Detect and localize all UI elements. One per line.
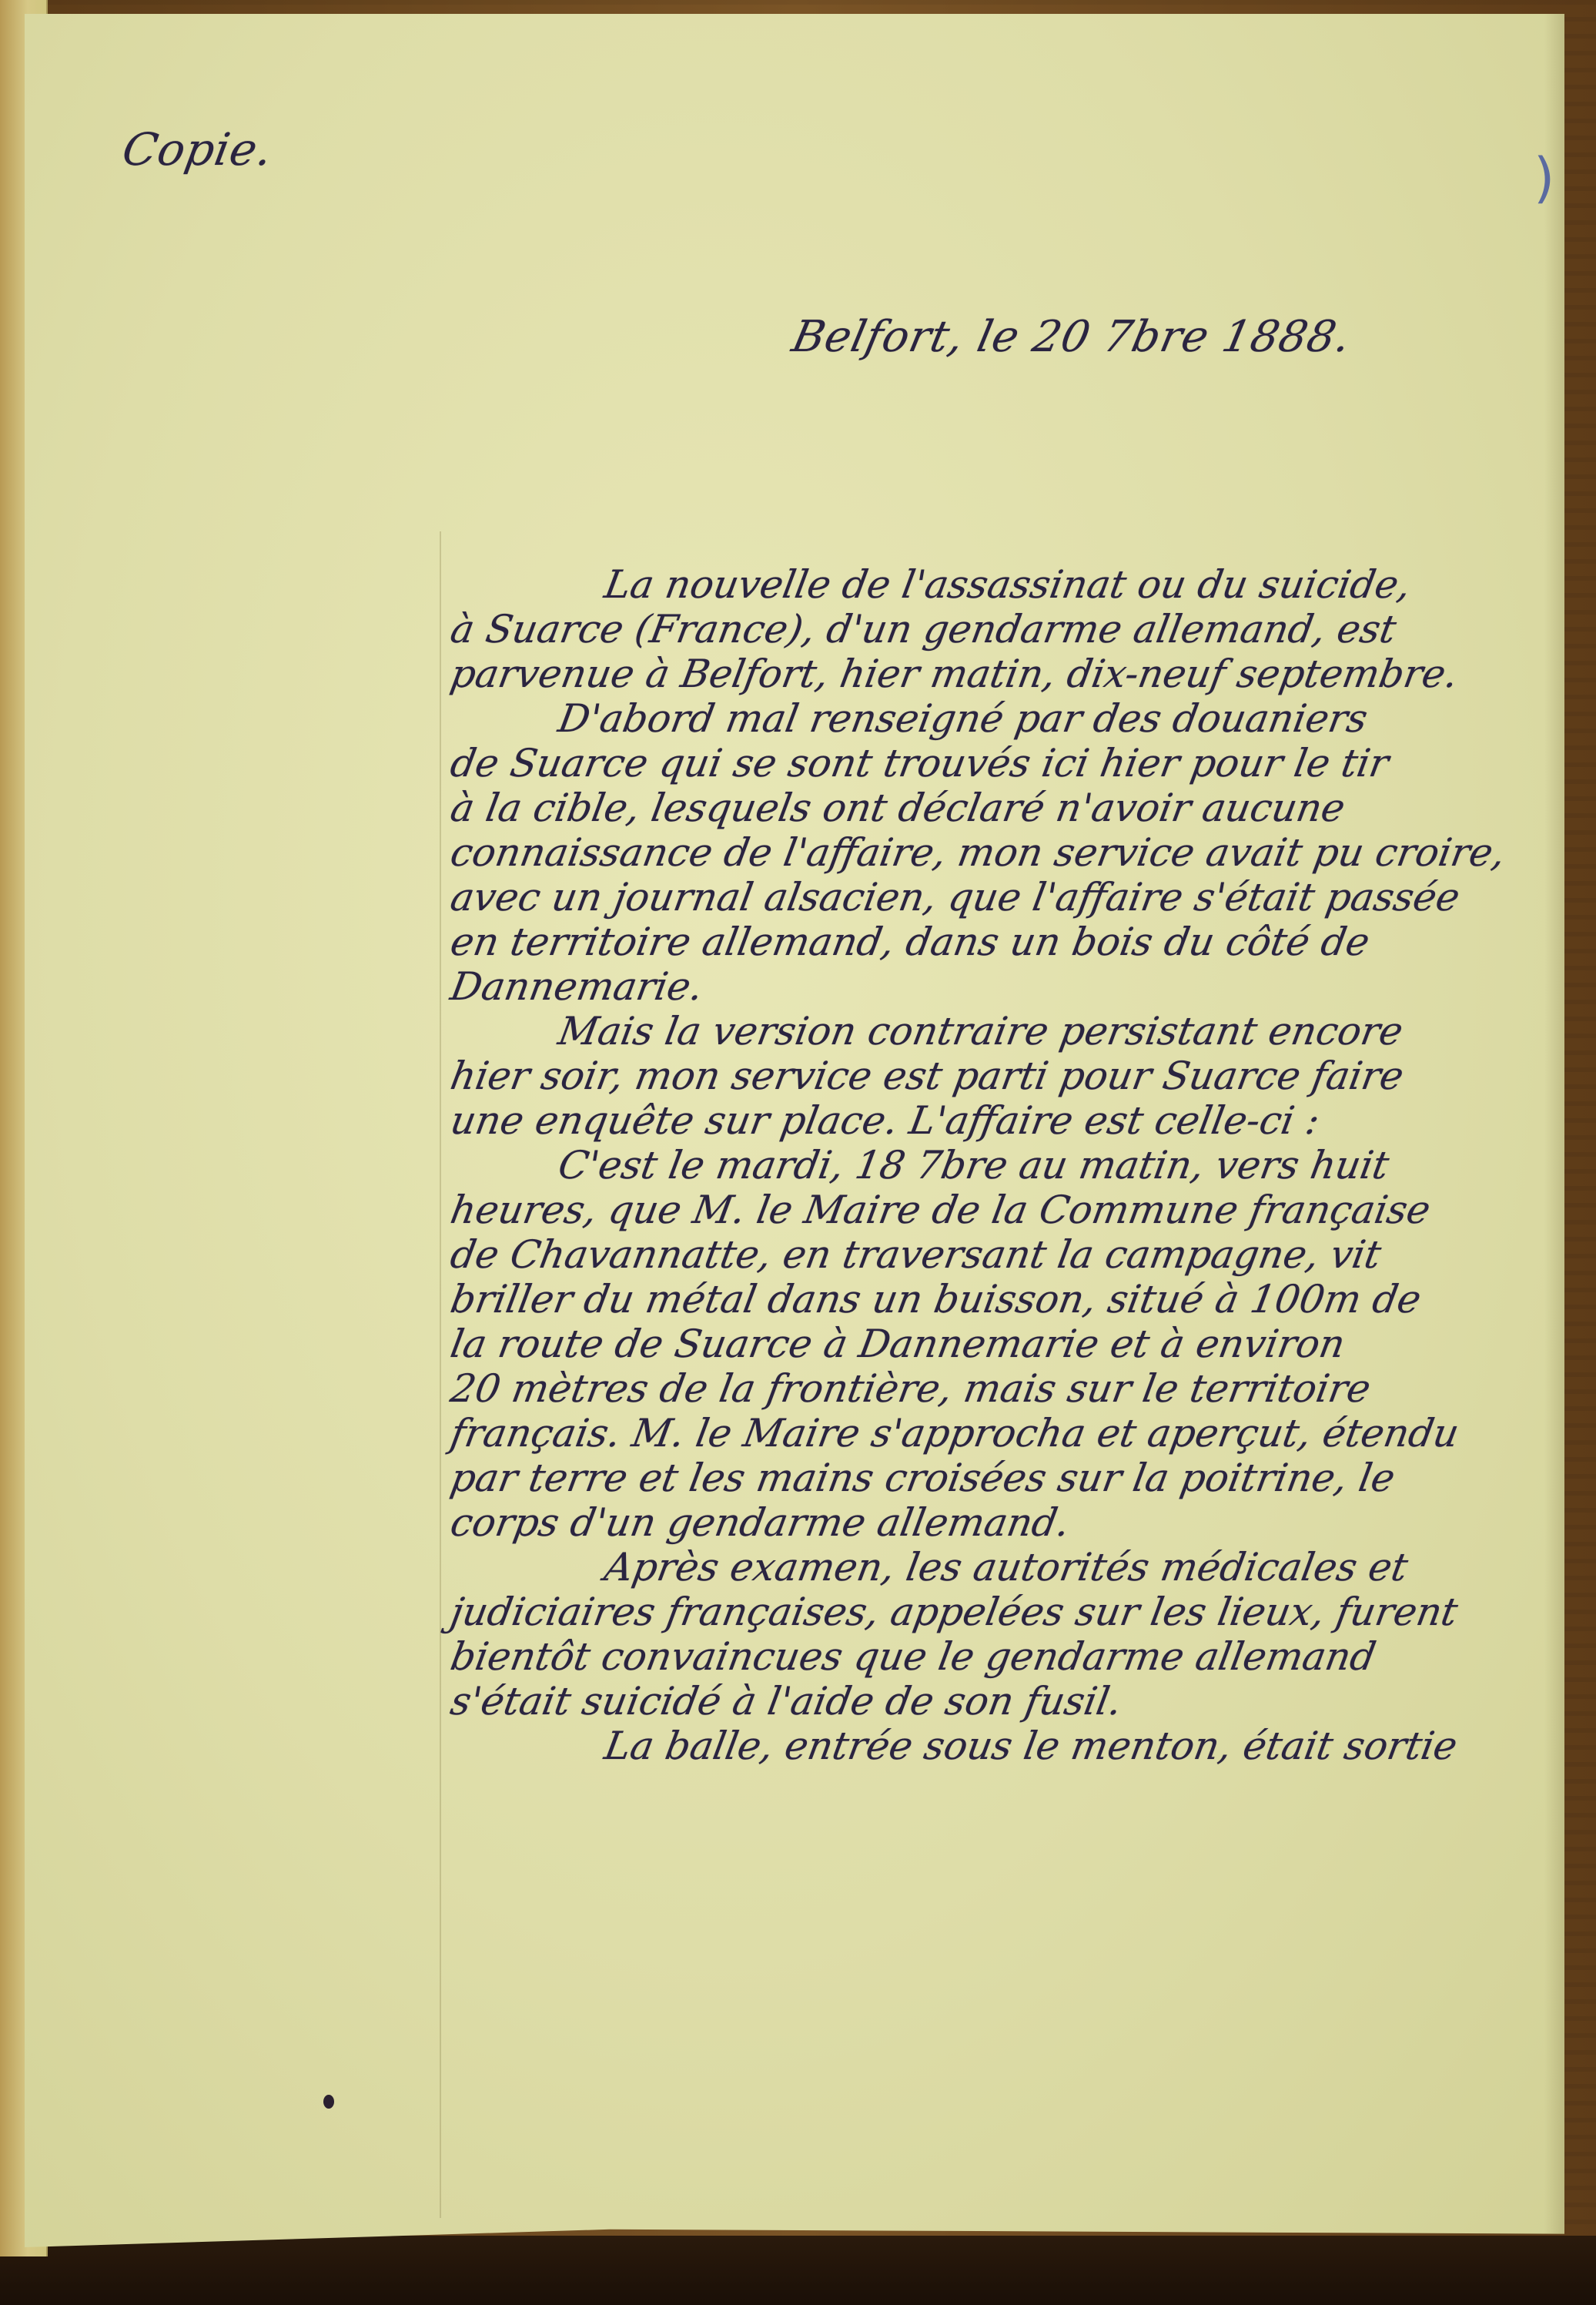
letter-body: La nouvelle de l'assassinat ou du suicid… xyxy=(451,531,1544,1768)
text-line: par terre et les mains croisées sur la p… xyxy=(447,1456,1548,1500)
text-line: Après examen, les autorités médicales et xyxy=(447,1545,1548,1590)
text-line: judiciaires françaises, appelées sur les… xyxy=(447,1590,1548,1634)
text-line: à Suarce (France), d'un gendarme alleman… xyxy=(447,607,1548,652)
text-line: C'est le mardi, 18 7bre au matin, vers h… xyxy=(447,1143,1548,1188)
text-line: en territoire allemand, dans un bois du … xyxy=(447,920,1548,964)
text-line: français. M. le Maire s'approcha et aper… xyxy=(447,1411,1548,1456)
bottom-shadow xyxy=(0,2236,1596,2305)
text-line: s'était suicidé à l'aide de son fusil. xyxy=(447,1679,1548,1724)
text-line: de Suarce qui se sont trouvés ici hier p… xyxy=(447,741,1548,786)
text-line: briller du métal dans un buisson, situé … xyxy=(447,1277,1548,1322)
text-line: La balle, entrée sous le menton, était s… xyxy=(447,1724,1548,1768)
copy-heading: Copie. xyxy=(119,123,277,176)
text-line: une enquête sur place. L'affaire est cel… xyxy=(447,1098,1548,1143)
text-line: la route de Suarce à Dannemarie et à env… xyxy=(447,1322,1548,1366)
ink-spot xyxy=(323,2095,334,2109)
text-line: bientôt convaincues que le gendarme alle… xyxy=(447,1634,1548,1679)
text-line: 20 mètres de la frontière, mais sur le t… xyxy=(447,1366,1548,1411)
text-line: Dannemarie. xyxy=(447,964,1548,1009)
text-line: corps d'un gendarme allemand. xyxy=(447,1500,1548,1545)
place-date-line: Belfort, le 20 7bre 1888. xyxy=(788,312,1356,362)
page-edge-shading xyxy=(1544,14,1564,2247)
text-line: à la cible, lesquels ont déclaré n'avoir… xyxy=(447,786,1548,830)
text-line: heures, que M. le Maire de la Commune fr… xyxy=(447,1188,1548,1232)
text-line: avec un journal alsacien, que l'affaire … xyxy=(447,875,1548,920)
text-line: de Chavannatte, en traversant la campagn… xyxy=(447,1232,1548,1277)
text-line: connaissance de l'affaire, mon service a… xyxy=(447,830,1548,875)
text-line: La nouvelle de l'assassinat ou du suicid… xyxy=(447,562,1548,607)
margin-mark: ) xyxy=(1534,146,1554,209)
text-line: D'abord mal renseigné par des douaniers xyxy=(447,696,1548,741)
text-line: Mais la version contraire persistant enc… xyxy=(447,1009,1548,1054)
text-line: hier soir, mon service est parti pour Su… xyxy=(447,1054,1548,1098)
text-line: parvenue à Belfort, hier matin, dix-neuf… xyxy=(447,652,1548,696)
margin-rule xyxy=(440,531,441,2218)
